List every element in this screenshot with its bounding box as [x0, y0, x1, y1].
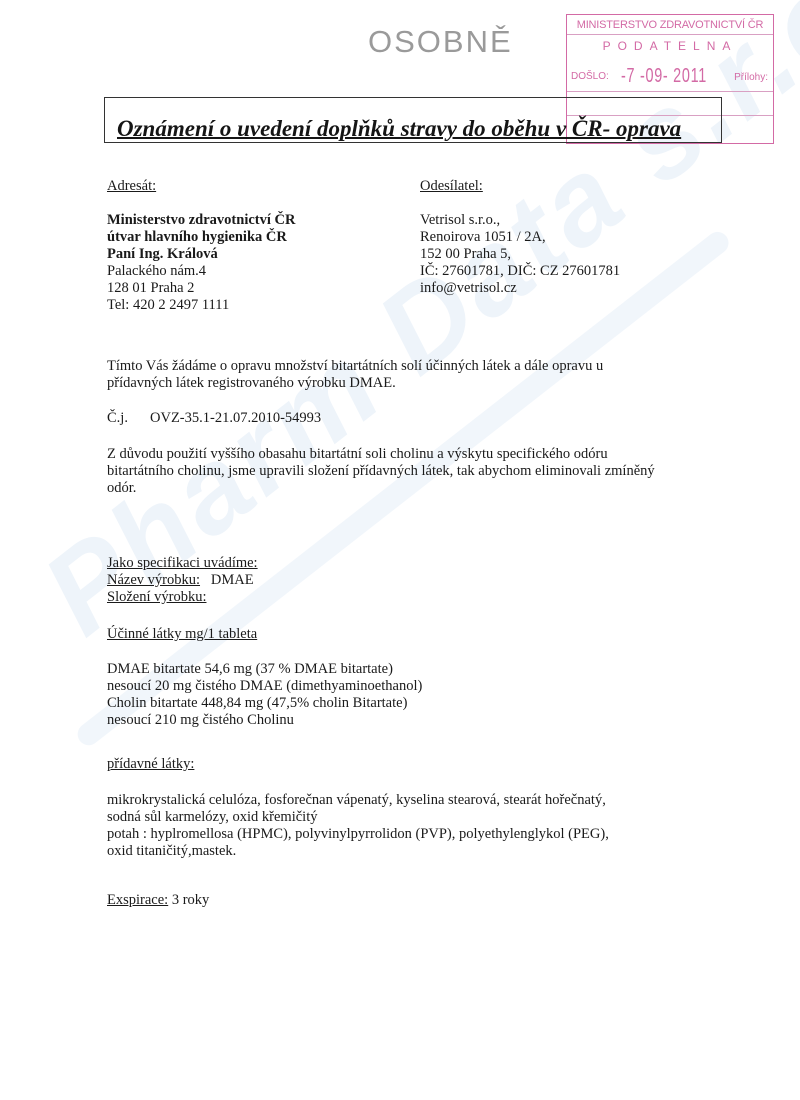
paragraph-line: bitartátního cholinu, jsme upravili slož…	[107, 463, 655, 480]
recipient-line: Paní Ing. Králová	[107, 246, 295, 263]
additive-line: potah : hyplromellosa (HPMC), polyvinylp…	[107, 826, 609, 843]
specification-header: Jako specifikaci uvádíme: Název výrobku:…	[107, 555, 258, 606]
sender-line: Vetrisol s.r.o.,	[420, 212, 620, 229]
active-ingredients-heading: Účinné látky mg/1 tableta	[107, 626, 257, 643]
additive-line: mikrokrystalická celulóza, fosforečnan v…	[107, 792, 609, 809]
stamp-received-row: DOŠLO: -7 -09- 2011 Přílohy:	[567, 61, 773, 92]
recipient-line: Ministerstvo zdravotnictví ČR	[107, 212, 295, 229]
product-name: DMAE	[211, 572, 254, 588]
request-paragraph: Tímto Vás žádáme o opravu množství bitar…	[107, 358, 603, 392]
document-title: Oznámení o uvedení doplňků stravy do obě…	[117, 116, 681, 142]
additives-heading: přídavné látky:	[107, 756, 194, 773]
expiry-label: Exspirace:	[107, 892, 168, 908]
stamp-authority: MINISTERSTVO ZDRAVOTNICTVÍ ČR	[567, 15, 773, 35]
active-ingredients-list: DMAE bitartate 54,6 mg (37 % DMAE bitart…	[107, 661, 422, 729]
paragraph-line: Z důvodu použití vyššího obasahu bitartá…	[107, 446, 655, 463]
recipient-line: Palackého nám.4	[107, 263, 295, 280]
stamp-received-date: -7 -09- 2011	[621, 65, 707, 88]
recipient-line: útvar hlavního hygienika ČR	[107, 229, 295, 246]
reason-paragraph: Z důvodu použití vyššího obasahu bitartá…	[107, 446, 655, 497]
stamp-department: PODATELNA	[567, 35, 773, 57]
sender-line: Renoirova 1051 / 2A,	[420, 229, 620, 246]
specification-heading: Jako specifikaci uvádíme:	[107, 555, 258, 572]
composition-label: Složení výrobku:	[107, 589, 258, 606]
ingredient-line: nesoucí 210 mg čistého Cholinu	[107, 712, 422, 729]
stamp-received-label: DOŠLO:	[571, 71, 609, 82]
additive-line: sodná sůl karmelózy, oxid křemičitý	[107, 809, 609, 826]
recipient-line: Tel: 420 2 2497 1111	[107, 297, 295, 314]
ingredient-line: Cholin bitartate 448,84 mg (47,5% cholin…	[107, 695, 422, 712]
ingredient-line: nesoucí 20 mg čistého DMAE (dimethyamino…	[107, 678, 422, 695]
sender-line: 152 00 Praha 5,	[420, 246, 620, 263]
title-box: Oznámení o uvedení doplňků stravy do obě…	[104, 97, 722, 143]
recipient-heading: Adresát:	[107, 178, 156, 195]
additive-line: oxid titaničitý,mastek.	[107, 843, 609, 860]
recipient-address: Ministerstvo zdravotnictví ČR útvar hlav…	[107, 212, 295, 314]
expiry-value: 3 roky	[172, 892, 209, 908]
ingredient-line: DMAE bitartate 54,6 mg (37 % DMAE bitart…	[107, 661, 422, 678]
reference-number: OVZ-35.1-21.07.2010-54993	[150, 410, 321, 427]
sender-line: IČ: 27601781, DIČ: CZ 27601781	[420, 263, 620, 280]
confidential-mark: OSOBNĚ	[368, 24, 513, 60]
paragraph-line: odór.	[107, 480, 655, 497]
product-name-label: Název výrobku:	[107, 572, 200, 588]
paragraph-line: Tímto Vás žádáme o opravu množství bitar…	[107, 358, 603, 375]
recipient-line: 128 01 Praha 2	[107, 280, 295, 297]
stamp-attachments-label: Přílohy:	[734, 72, 768, 83]
paragraph-line: přídavných látek registrovaného výrobku …	[107, 375, 603, 392]
sender-heading: Odesílatel:	[420, 178, 483, 195]
reference-label: Č.j.	[107, 410, 128, 427]
sender-line: info@vetrisol.cz	[420, 280, 620, 297]
sender-address: Vetrisol s.r.o., Renoirova 1051 / 2A, 15…	[420, 212, 620, 297]
additives-list: mikrokrystalická celulóza, fosforečnan v…	[107, 792, 609, 860]
expiry: Exspirace: 3 roky	[107, 892, 209, 909]
